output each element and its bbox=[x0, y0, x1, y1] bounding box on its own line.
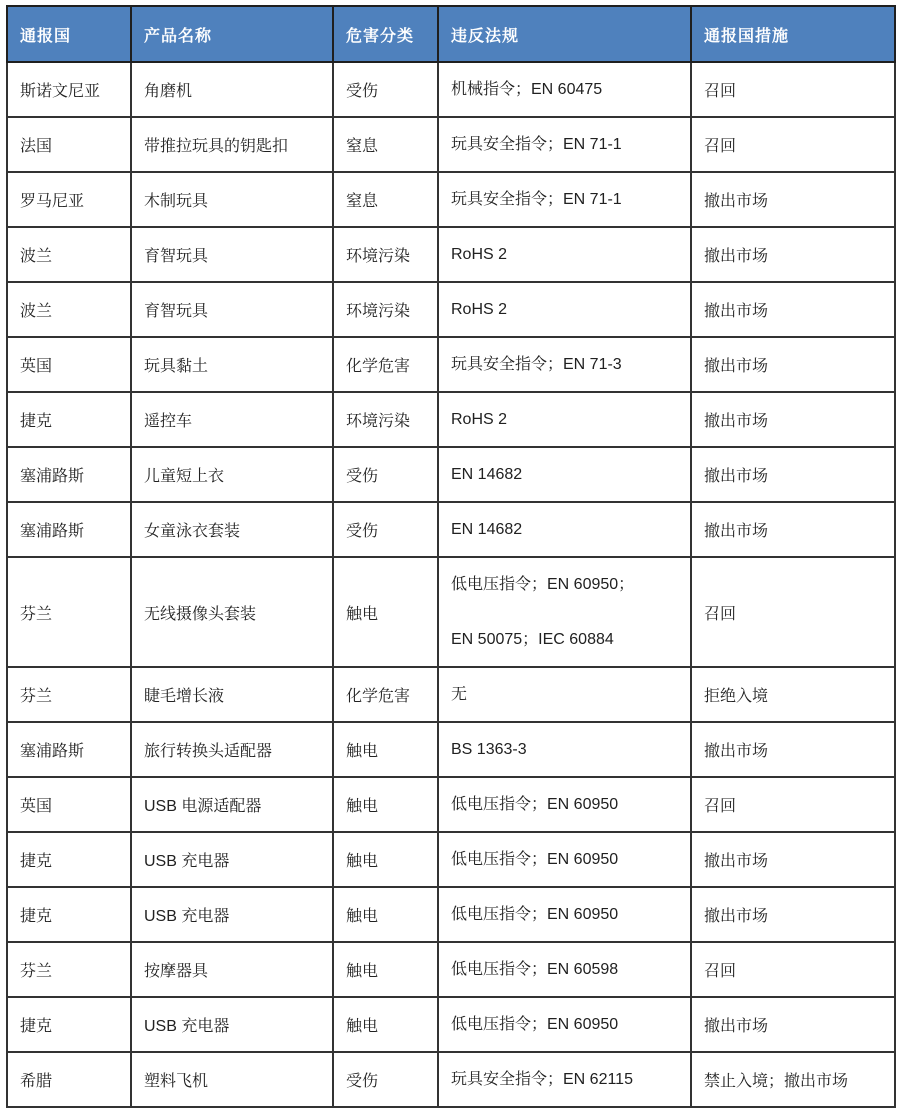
cell-product-name: 木制玩具 bbox=[131, 172, 333, 227]
cell-hazard-category: 窒息 bbox=[333, 172, 438, 227]
cell-product-name: USB 充电器 bbox=[131, 887, 333, 942]
cell-hazard-category: 环境污染 bbox=[333, 392, 438, 447]
cell-hazard-category: 触电 bbox=[333, 887, 438, 942]
cell-product-name: 角磨机 bbox=[131, 62, 333, 117]
cell-violated-regulation: 低电压指令；EN 60598 bbox=[438, 942, 691, 997]
cell-notifying-country: 塞浦路斯 bbox=[7, 502, 131, 557]
table-row: 芬兰 睫毛增长液 化学危害 无 拒绝入境 bbox=[7, 667, 895, 722]
cell-violated-regulation: 无 bbox=[438, 667, 691, 722]
cell-violated-regulation: RoHS 2 bbox=[438, 392, 691, 447]
cell-notifying-country: 塞浦路斯 bbox=[7, 447, 131, 502]
cell-hazard-category: 触电 bbox=[333, 942, 438, 997]
cell-measures: 召回 bbox=[691, 557, 895, 667]
cell-product-name: 旅行转换头适配器 bbox=[131, 722, 333, 777]
table-row: 斯诺文尼亚 角磨机 受伤 机械指令；EN 60475 召回 bbox=[7, 62, 895, 117]
cell-notifying-country: 英国 bbox=[7, 337, 131, 392]
cell-hazard-category: 触电 bbox=[333, 777, 438, 832]
cell-measures: 撤出市场 bbox=[691, 227, 895, 282]
table-row: 塞浦路斯 女童泳衣套装 受伤 EN 14682 撤出市场 bbox=[7, 502, 895, 557]
cell-measures: 撤出市场 bbox=[691, 282, 895, 337]
table-row: 希腊 塑料飞机 受伤 玩具安全指令；EN 62115 禁止入境；撤出市场 bbox=[7, 1052, 895, 1107]
cell-hazard-category: 触电 bbox=[333, 997, 438, 1052]
table-row: 罗马尼亚 木制玩具 窒息 玩具安全指令；EN 71-1 撤出市场 bbox=[7, 172, 895, 227]
cell-measures: 撤出市场 bbox=[691, 392, 895, 447]
cell-measures: 召回 bbox=[691, 777, 895, 832]
cell-measures: 禁止入境；撤出市场 bbox=[691, 1052, 895, 1107]
cell-measures: 撤出市场 bbox=[691, 832, 895, 887]
cell-product-name: 女童泳衣套装 bbox=[131, 502, 333, 557]
table-row: 英国 玩具黏土 化学危害 玩具安全指令；EN 71-3 撤出市场 bbox=[7, 337, 895, 392]
table-row: 塞浦路斯 儿童短上衣 受伤 EN 14682 撤出市场 bbox=[7, 447, 895, 502]
column-header-notifying-country: 通报国 bbox=[7, 6, 131, 62]
cell-product-name: USB 充电器 bbox=[131, 997, 333, 1052]
cell-product-name: 育智玩具 bbox=[131, 227, 333, 282]
cell-hazard-category: 化学危害 bbox=[333, 667, 438, 722]
cell-notifying-country: 芬兰 bbox=[7, 557, 131, 667]
cell-measures: 撤出市场 bbox=[691, 887, 895, 942]
cell-hazard-category: 化学危害 bbox=[333, 337, 438, 392]
cell-notifying-country: 捷克 bbox=[7, 997, 131, 1052]
cell-measures: 召回 bbox=[691, 62, 895, 117]
cell-notifying-country: 希腊 bbox=[7, 1052, 131, 1107]
cell-measures: 撤出市场 bbox=[691, 172, 895, 227]
cell-measures: 召回 bbox=[691, 117, 895, 172]
cell-violated-regulation: RoHS 2 bbox=[438, 227, 691, 282]
cell-notifying-country: 芬兰 bbox=[7, 667, 131, 722]
table-row: 芬兰 按摩器具 触电 低电压指令；EN 60598 召回 bbox=[7, 942, 895, 997]
cell-violated-regulation: 机械指令；EN 60475 bbox=[438, 62, 691, 117]
cell-violated-regulation: 玩具安全指令；EN 62115 bbox=[438, 1052, 691, 1107]
document-page: 通报国 产品名称 危害分类 违反法规 通报国措施 斯诺文尼亚 角磨机 受伤 机械… bbox=[0, 0, 900, 1120]
cell-measures: 撤出市场 bbox=[691, 722, 895, 777]
table-row: 波兰 育智玩具 环境污染 RoHS 2 撤出市场 bbox=[7, 227, 895, 282]
header-row: 通报国 产品名称 危害分类 违反法规 通报国措施 bbox=[7, 6, 895, 62]
table-header: 通报国 产品名称 危害分类 违反法规 通报国措施 bbox=[7, 6, 895, 62]
cell-hazard-category: 触电 bbox=[333, 832, 438, 887]
cell-product-name: 儿童短上衣 bbox=[131, 447, 333, 502]
cell-notifying-country: 捷克 bbox=[7, 887, 131, 942]
cell-product-name: 遥控车 bbox=[131, 392, 333, 447]
cell-notifying-country: 罗马尼亚 bbox=[7, 172, 131, 227]
table-row: 法国 带推拉玩具的钥匙扣 窒息 玩具安全指令；EN 71-1 召回 bbox=[7, 117, 895, 172]
cell-hazard-category: 窒息 bbox=[333, 117, 438, 172]
cell-notifying-country: 斯诺文尼亚 bbox=[7, 62, 131, 117]
cell-violated-regulation: 低电压指令；EN 60950 bbox=[438, 997, 691, 1052]
table-row: 捷克 遥控车 环境污染 RoHS 2 撤出市场 bbox=[7, 392, 895, 447]
cell-measures: 拒绝入境 bbox=[691, 667, 895, 722]
cell-measures: 撤出市场 bbox=[691, 502, 895, 557]
column-header-product-name: 产品名称 bbox=[131, 6, 333, 62]
cell-violated-regulation: RoHS 2 bbox=[438, 282, 691, 337]
cell-hazard-category: 触电 bbox=[333, 557, 438, 667]
table-body: 斯诺文尼亚 角磨机 受伤 机械指令；EN 60475 召回 法国 带推拉玩具的钥… bbox=[7, 62, 895, 1107]
cell-violated-regulation: 低电压指令；EN 60950 bbox=[438, 777, 691, 832]
cell-product-name: 育智玩具 bbox=[131, 282, 333, 337]
cell-hazard-category: 环境污染 bbox=[333, 227, 438, 282]
cell-hazard-category: 受伤 bbox=[333, 62, 438, 117]
cell-notifying-country: 波兰 bbox=[7, 282, 131, 337]
cell-hazard-category: 受伤 bbox=[333, 447, 438, 502]
table-row: 芬兰 无线摄像头套装 触电 低电压指令；EN 60950；EN 50075；IE… bbox=[7, 557, 895, 667]
cell-product-name: USB 充电器 bbox=[131, 832, 333, 887]
cell-violated-regulation: 低电压指令；EN 60950 bbox=[438, 887, 691, 942]
cell-notifying-country: 英国 bbox=[7, 777, 131, 832]
cell-violated-regulation: BS 1363-3 bbox=[438, 722, 691, 777]
cell-hazard-category: 受伤 bbox=[333, 502, 438, 557]
cell-notifying-country: 捷克 bbox=[7, 392, 131, 447]
cell-notifying-country: 塞浦路斯 bbox=[7, 722, 131, 777]
cell-notifying-country: 波兰 bbox=[7, 227, 131, 282]
column-header-hazard-category: 危害分类 bbox=[333, 6, 438, 62]
cell-violated-regulation: EN 14682 bbox=[438, 502, 691, 557]
column-header-violated-regulation: 违反法规 bbox=[438, 6, 691, 62]
table-row: 捷克 USB 充电器 触电 低电压指令；EN 60950 撤出市场 bbox=[7, 997, 895, 1052]
table-row: 波兰 育智玩具 环境污染 RoHS 2 撤出市场 bbox=[7, 282, 895, 337]
table-row: 捷克 USB 充电器 触电 低电压指令；EN 60950 撤出市场 bbox=[7, 887, 895, 942]
cell-product-name: 塑料飞机 bbox=[131, 1052, 333, 1107]
cell-product-name: USB 电源适配器 bbox=[131, 777, 333, 832]
column-header-measures: 通报国措施 bbox=[691, 6, 895, 62]
cell-notifying-country: 芬兰 bbox=[7, 942, 131, 997]
cell-violated-regulation: 低电压指令；EN 60950 bbox=[438, 832, 691, 887]
table-row: 捷克 USB 充电器 触电 低电压指令；EN 60950 撤出市场 bbox=[7, 832, 895, 887]
cell-measures: 召回 bbox=[691, 942, 895, 997]
cell-violated-regulation: 玩具安全指令；EN 71-1 bbox=[438, 117, 691, 172]
cell-violated-regulation: EN 14682 bbox=[438, 447, 691, 502]
cell-measures: 撤出市场 bbox=[691, 997, 895, 1052]
cell-product-name: 睫毛增长液 bbox=[131, 667, 333, 722]
cell-product-name: 无线摄像头套装 bbox=[131, 557, 333, 667]
cell-violated-regulation: 低电压指令；EN 60950；EN 50075；IEC 60884 bbox=[438, 557, 691, 667]
cell-notifying-country: 捷克 bbox=[7, 832, 131, 887]
cell-product-name: 带推拉玩具的钥匙扣 bbox=[131, 117, 333, 172]
cell-product-name: 按摩器具 bbox=[131, 942, 333, 997]
table-row: 英国 USB 电源适配器 触电 低电压指令；EN 60950 召回 bbox=[7, 777, 895, 832]
cell-hazard-category: 触电 bbox=[333, 722, 438, 777]
cell-violated-regulation: 玩具安全指令；EN 71-3 bbox=[438, 337, 691, 392]
cell-hazard-category: 受伤 bbox=[333, 1052, 438, 1107]
table-row: 塞浦路斯 旅行转换头适配器 触电 BS 1363-3 撤出市场 bbox=[7, 722, 895, 777]
cell-hazard-category: 环境污染 bbox=[333, 282, 438, 337]
cell-notifying-country: 法国 bbox=[7, 117, 131, 172]
cell-product-name: 玩具黏土 bbox=[131, 337, 333, 392]
product-notifications-table: 通报国 产品名称 危害分类 违反法规 通报国措施 斯诺文尼亚 角磨机 受伤 机械… bbox=[6, 5, 896, 1108]
cell-measures: 撤出市场 bbox=[691, 447, 895, 502]
cell-measures: 撤出市场 bbox=[691, 337, 895, 392]
cell-violated-regulation: 玩具安全指令；EN 71-1 bbox=[438, 172, 691, 227]
